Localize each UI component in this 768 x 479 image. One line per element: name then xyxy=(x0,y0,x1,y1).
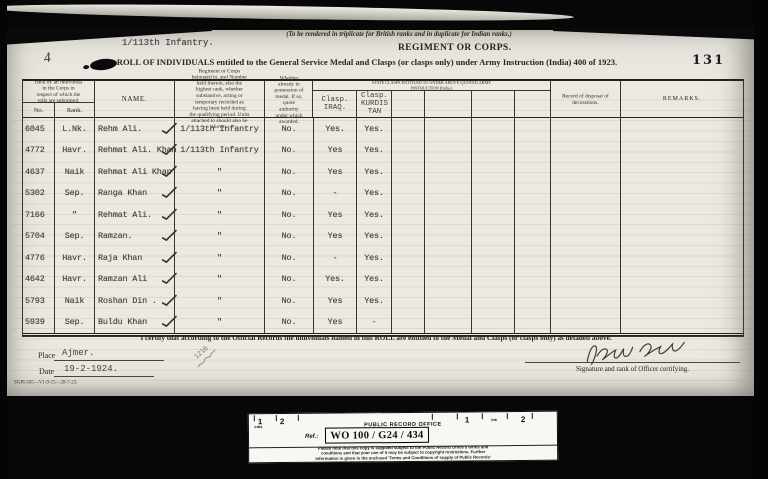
cell-clasp-iraq: Yes xyxy=(313,140,356,162)
pro-reference-number: WO 100 / G24 / 434 xyxy=(325,427,429,444)
check-mark-icon xyxy=(160,230,178,243)
cell-remarks xyxy=(620,269,743,291)
cell-empty-1 xyxy=(391,312,424,334)
cell-clasp-kurdistan: Yes. xyxy=(356,161,391,183)
place-underline xyxy=(54,359,164,361)
check-mark-icon xyxy=(160,122,178,135)
cell-no: 4772 xyxy=(23,140,54,162)
cell-empty-3 xyxy=(471,226,514,248)
cell-record xyxy=(550,312,620,334)
cell-no: 4776 xyxy=(23,247,54,269)
check-mark-icon xyxy=(160,208,178,221)
col-header-regiment: Regiment or Corps belonged to, and Numbe… xyxy=(174,81,264,117)
cell-record xyxy=(550,290,620,312)
cell-empty-2 xyxy=(424,247,471,269)
cell-empty-2 xyxy=(424,161,471,183)
check-mark-icon xyxy=(160,273,178,286)
scan-black-edge-right xyxy=(754,0,768,479)
cell-empty-3 xyxy=(471,161,514,183)
ruler-tick xyxy=(254,415,255,421)
cell-clasp-iraq: Yes xyxy=(313,312,356,334)
cell-empty-3 xyxy=(471,118,514,140)
table-row: 7166 " Rehmat Ali. " No. Yes Yes. xyxy=(23,204,743,226)
place-label: Place xyxy=(38,351,55,360)
ruler-tick xyxy=(532,413,533,419)
col-group-clasps: STATE CLASPS ENTITLED TO UNDER ABOVE-QUO… xyxy=(312,81,550,117)
cell-clasp-iraq: Yes. xyxy=(313,269,356,291)
cell-empty-1 xyxy=(391,140,424,162)
cell-name: Roshan Din . xyxy=(94,290,174,312)
cell-empty-2 xyxy=(424,312,471,334)
cell-empty-2 xyxy=(424,226,471,248)
cell-clasp-iraq: Yes xyxy=(313,204,356,226)
cell-name: Rehmat Ali. xyxy=(94,204,174,226)
cell-no: 4642 xyxy=(23,269,54,291)
ruler-tick xyxy=(507,413,508,419)
cell-regiment: " xyxy=(174,161,264,183)
cell-regiment: " xyxy=(174,247,264,269)
scanned-document-page: (To be rendered in triplicate for Britis… xyxy=(0,0,768,479)
certification-statement: I certify that according to the Official… xyxy=(96,334,656,342)
cell-empty-4 xyxy=(514,312,550,334)
cell-empty-2 xyxy=(424,183,471,205)
unit-title: 1/113th Infantry. xyxy=(122,38,214,48)
col-header-empty-2 xyxy=(424,91,471,117)
cell-regiment: 1/113th Infantry xyxy=(174,140,264,162)
cell-remarks xyxy=(620,118,743,140)
cell-empty-1 xyxy=(391,290,424,312)
check-mark-icon xyxy=(160,251,178,264)
col-header-no: No. xyxy=(23,103,54,117)
cell-remarks xyxy=(620,140,743,162)
col-header-record: Record of disposal of decorations. xyxy=(550,81,620,117)
cell-name: Ranga Khan xyxy=(94,183,174,205)
date-label: Date xyxy=(39,367,54,376)
cell-empty-3 xyxy=(471,140,514,162)
cell-remarks xyxy=(620,204,743,226)
table-row: 4776 Havr. Raja Khan " No. - Yes. xyxy=(23,247,743,269)
cell-rank: Sep. xyxy=(54,183,94,205)
cell-rank: Sep. xyxy=(54,312,94,334)
cell-regiment: " xyxy=(174,290,264,312)
ruler-tick xyxy=(482,413,483,419)
cell-clasp-kurdistan: Yes. xyxy=(356,247,391,269)
col-header-empty-3 xyxy=(471,91,514,117)
col-header-clasp-iraq: Clasp. IRAQ. xyxy=(313,91,356,117)
cell-record xyxy=(550,226,620,248)
table-row: 5704 Sep. Ramzan. " No. Yes Yes. xyxy=(23,226,743,248)
cell-empty-2 xyxy=(424,290,471,312)
date-value: 19-2-1924. xyxy=(64,364,118,374)
cell-record xyxy=(550,269,620,291)
check-mark-icon xyxy=(160,187,178,200)
cell-medal: No. xyxy=(264,269,313,291)
cell-regiment: " xyxy=(174,183,264,205)
cell-no: 5793 xyxy=(23,290,54,312)
col-header-remarks: REMARKS. xyxy=(620,81,743,117)
date-underline xyxy=(54,375,154,377)
cell-clasp-iraq: Yes. xyxy=(313,118,356,140)
table-row: 5302 Sep. Ranga Khan " No. - Yes. xyxy=(23,183,743,205)
check-mark-icon xyxy=(160,144,178,157)
cell-name: Ramzan. xyxy=(94,226,174,248)
cell-empty-4 xyxy=(514,140,550,162)
cell-empty-1 xyxy=(391,183,424,205)
regiment-or-corps-label: REGIMENT OR CORPS. xyxy=(398,43,511,53)
cell-empty-1 xyxy=(391,247,424,269)
cell-rank: Naik xyxy=(54,290,94,312)
cell-medal: No. xyxy=(264,183,313,205)
cell-rank: " xyxy=(54,204,94,226)
roll-table: Held by an individual in the Corps in re… xyxy=(22,79,744,337)
cell-clasp-iraq: - xyxy=(313,247,356,269)
ruler-tick xyxy=(457,414,458,420)
cell-empty-4 xyxy=(514,204,550,226)
cell-remarks xyxy=(620,161,743,183)
cell-empty-1 xyxy=(391,226,424,248)
col-header-name: NAME. xyxy=(94,81,174,117)
cell-remarks xyxy=(620,247,743,269)
cell-remarks xyxy=(620,183,743,205)
col-header-held-by: Held by an individual in the Corps in re… xyxy=(23,81,94,103)
cell-empty-3 xyxy=(471,290,514,312)
cell-record xyxy=(550,140,620,162)
cell-empty-3 xyxy=(471,247,514,269)
cell-clasp-kurdistan: Yes. xyxy=(356,204,391,226)
cell-empty-4 xyxy=(514,183,550,205)
cell-empty-1 xyxy=(391,269,424,291)
cell-regiment: " xyxy=(174,312,264,334)
cell-no: 7166 xyxy=(23,204,54,226)
cell-record xyxy=(550,183,620,205)
cell-no: 6045 xyxy=(23,118,54,140)
cell-name: Rehmat Ali Khan xyxy=(94,161,174,183)
cell-empty-3 xyxy=(471,183,514,205)
cell-empty-4 xyxy=(514,290,550,312)
cell-regiment: " xyxy=(174,226,264,248)
cell-empty-4 xyxy=(514,247,550,269)
cell-empty-4 xyxy=(514,269,550,291)
page-number-stamp: 131 xyxy=(692,53,725,68)
cell-medal: No. xyxy=(264,247,313,269)
cell-empty-4 xyxy=(514,226,550,248)
cell-clasp-kurdistan: Yes. xyxy=(356,290,391,312)
cell-name: Rehm Ali. xyxy=(94,118,174,140)
cell-clasp-kurdistan: Yes. xyxy=(356,118,391,140)
distribution-note: (To be rendered in triplicate for Britis… xyxy=(234,31,564,38)
cell-record xyxy=(550,161,620,183)
col-header-empty-1 xyxy=(391,91,424,117)
cell-clasp-kurdistan: Yes. xyxy=(356,140,391,162)
cell-rank: Havr. xyxy=(54,140,94,162)
cell-empty-1 xyxy=(391,118,424,140)
ruler-tick xyxy=(432,414,433,420)
table-row: 4772 Havr. Rehmat Ali. Khan 1/113th Infa… xyxy=(23,140,743,162)
cell-medal: No. xyxy=(264,204,313,226)
cell-medal: No. xyxy=(264,290,313,312)
cell-clasp-kurdistan: - xyxy=(356,312,391,334)
cell-empty-4 xyxy=(514,161,550,183)
ruler-tick xyxy=(276,415,277,421)
table-row: 4642 Havr. Ramzan Ali " No. Yes. Yes. xyxy=(23,269,743,291)
check-mark-icon xyxy=(160,316,178,329)
signature-caption: Signature and rank of Officer certifying… xyxy=(525,365,740,373)
cell-empty-1 xyxy=(391,204,424,226)
cell-empty-2 xyxy=(424,140,471,162)
pro-ref-label: Ref.: xyxy=(305,434,318,440)
cell-empty-3 xyxy=(471,312,514,334)
col-header-empty-4 xyxy=(514,91,550,117)
form-print-code: SGPI-545—V1-9-15—28-7-23. xyxy=(14,379,78,385)
cell-clasp-kurdistan: Yes. xyxy=(356,269,391,291)
cell-medal: No. xyxy=(264,226,313,248)
cell-remarks xyxy=(620,312,743,334)
signature-line xyxy=(525,362,740,364)
pro-disclaimer: Please note that this copy is supplied s… xyxy=(251,445,555,463)
cell-empty-2 xyxy=(424,204,471,226)
col-header-clasp-kurdistan: Clasp. KURDIS TAN xyxy=(356,91,391,117)
ruler-tick xyxy=(298,415,299,421)
cell-name: Rehmat Ali. Khan xyxy=(94,140,174,162)
clasps-group-label: STATE CLASPS ENTITLED TO UNDER ABOVE-QUO… xyxy=(313,81,550,91)
table-row: 6045 L.Nk. Rehm Ali. 1/113th Infantry No… xyxy=(23,118,743,140)
page-title: ROLL OF INDIVIDUALS entitled to the Gene… xyxy=(22,57,712,67)
cell-name: Buldu Khan xyxy=(94,312,174,334)
cell-empty-2 xyxy=(424,118,471,140)
cell-name: Raja Khan xyxy=(94,247,174,269)
check-mark-icon xyxy=(160,165,178,178)
cell-medal: No. xyxy=(264,161,313,183)
cell-no: 5939 xyxy=(23,312,54,334)
cell-rank: Havr. xyxy=(54,269,94,291)
table-row: 5793 Naik Roshan Din . " No. Yes Yes. xyxy=(23,290,743,312)
cell-rank: L.Nk. xyxy=(54,118,94,140)
cell-empty-1 xyxy=(391,161,424,183)
cell-empty-3 xyxy=(471,269,514,291)
cell-rank: Havr. xyxy=(54,247,94,269)
cell-empty-2 xyxy=(424,269,471,291)
cell-record xyxy=(550,118,620,140)
cell-no: 4637 xyxy=(23,161,54,183)
col-header-rank: Rank. xyxy=(54,103,94,117)
cell-rank: Sep. xyxy=(54,226,94,248)
cell-remarks xyxy=(620,226,743,248)
cell-regiment: " xyxy=(174,204,264,226)
cell-regiment: " xyxy=(174,269,264,291)
cell-name: Ramzan Ali xyxy=(94,269,174,291)
table-row: 5939 Sep. Buldu Khan " No. Yes - xyxy=(23,312,743,334)
scan-black-edge-left xyxy=(0,0,7,479)
cell-empty-4 xyxy=(514,118,550,140)
check-mark-icon xyxy=(160,294,178,307)
table-row: 4637 Naik Rehmat Ali Khan " No. Yes Yes. xyxy=(23,161,743,183)
cell-no: 5302 xyxy=(23,183,54,205)
cell-medal: No. xyxy=(264,140,313,162)
cell-record xyxy=(550,204,620,226)
cell-clasp-iraq: Yes xyxy=(313,161,356,183)
cell-clasp-kurdistan: Yes. xyxy=(356,226,391,248)
cell-no: 5704 xyxy=(23,226,54,248)
cell-remarks xyxy=(620,290,743,312)
table-body: 6045 L.Nk. Rehm Ali. 1/113th Infantry No… xyxy=(23,118,743,336)
table-header: Held by an individual in the Corps in re… xyxy=(23,81,743,118)
cell-clasp-iraq: - xyxy=(313,183,356,205)
cell-clasp-iraq: Yes xyxy=(313,290,356,312)
cell-medal: No. xyxy=(264,312,313,334)
col-header-medal: Whether already in possession of medal. … xyxy=(264,81,313,117)
cell-clasp-kurdistan: Yes. xyxy=(356,183,391,205)
cell-record xyxy=(550,247,620,269)
pro-reference-strip: 1 cms 2 1 ins 2 PUBLIC RECORD OFFICE Ref… xyxy=(248,411,558,464)
cell-rank: Naik xyxy=(54,161,94,183)
place-value: Ajmer. xyxy=(62,348,94,358)
cell-clasp-iraq: Yes xyxy=(313,226,356,248)
cell-empty-3 xyxy=(471,204,514,226)
